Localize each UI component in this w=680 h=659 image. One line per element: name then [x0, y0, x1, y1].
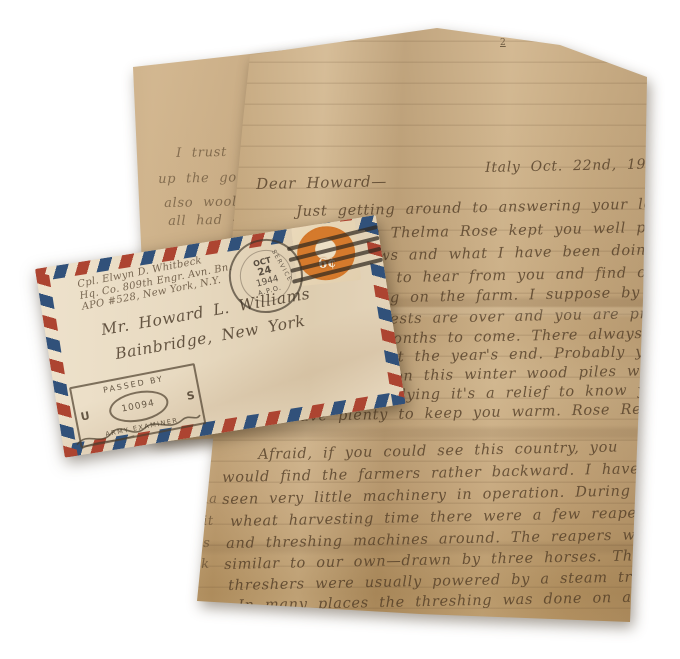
handwriting-line: have plenty to keep you warm. Rose Re—: [290, 401, 657, 425]
airmail-border-top: [35, 215, 378, 282]
cancellation-bar: [288, 236, 379, 262]
handwriting-line: would find the farmers rather backward. …: [222, 461, 640, 486]
handwriting-line: for the months to come. There always see…: [309, 325, 680, 349]
recipient-city: Bainbridge, New York: [114, 312, 307, 363]
handwriting-line: and threshing machines around. The reape…: [226, 527, 662, 552]
main-letter-page-wrap: 2 Italy Oct. 22nd, 1944 Dear Howard— Jus…: [0, 0, 680, 659]
handwriting-line: the harvests are over and you are prepar…: [318, 305, 680, 329]
handwriting-line: Just getting around to answering your le…: [296, 196, 680, 220]
airmail-border-left: [35, 267, 78, 458]
postmark-ring-text: SERVICE: [270, 249, 293, 284]
handwriting-line: Afraid, if you could see this country, y…: [258, 439, 618, 463]
handwriting-line: I trust: [176, 145, 227, 161]
return-address: Cpl. Elwyn D. Whitbeck Hq. Co. 809th Eng…: [77, 250, 236, 313]
return-address-line: Hq. Co. 809th Engr. Avn. Bn.: [79, 261, 233, 302]
handwriting-line: things are going on the farm. I suppose …: [258, 284, 680, 309]
censor-letter-u: U: [80, 409, 91, 423]
cancellation-bar: [292, 258, 383, 284]
cancellation-bars-icon: [286, 229, 385, 291]
handwriting-line: wheat harvesting time there were a few r…: [230, 505, 653, 530]
postmark-month: OCT: [252, 255, 272, 268]
handwriting-line: ha: [200, 492, 218, 507]
postmark-inner-ring-icon: [234, 244, 298, 308]
handwriting-line: similar to our own—drawn by three horses…: [224, 548, 642, 573]
letter-salutation: Dear Howard—: [256, 172, 387, 193]
recipient-name: Mr. Howard L. Williams: [100, 285, 312, 340]
handwriting-line: k: [201, 557, 210, 572]
back-letter-page: I trustup the goalso woolall had — but: [0, 0, 680, 659]
return-address-line: APO #528, New York, N.Y.: [81, 272, 235, 313]
handwriting-line: on the news and what I have been doing.: [292, 242, 662, 266]
censor-middle-row: U 10094 S: [78, 380, 198, 432]
censor-number-oval: 10094: [106, 386, 171, 427]
airmail-border-bottom: [63, 391, 406, 458]
postmark-day: 24: [257, 265, 273, 279]
handwriting-line: up the go: [158, 170, 237, 187]
censor-stamp: PASSED BY U 10094 S ARMY EXAMINER: [69, 363, 206, 448]
stamp-eagle-medallion-icon: [294, 223, 357, 283]
censor-footer: ARMY EXAMINER: [105, 416, 179, 438]
photo-vintage-letter-scene: I trustup the goalso woolall had — but 2…: [0, 0, 680, 659]
handwriting-line: all had — but: [168, 212, 280, 229]
envelope-wrap: Cpl. Elwyn D. Whitbeck Hq. Co. 809th Eng…: [0, 0, 680, 659]
cancellation-bar: [290, 247, 381, 273]
handwriting-line: It's good to hear from you and find out …: [311, 263, 680, 288]
censor-signature-scrawl-icon: [72, 405, 205, 453]
back-letter-page-wrap: I trustup the goalso woolall had — but: [0, 0, 680, 659]
main-letter-page: 2 Italy Oct. 22nd, 1944 Dear Howard— Jus…: [0, 0, 680, 659]
censor-letter-s: S: [186, 389, 196, 403]
airmail-envelope: Cpl. Elwyn D. Whitbeck Hq. Co. 809th Eng…: [35, 215, 406, 458]
handwriting-line: plenty to do at the year's end. Probably…: [272, 344, 664, 368]
handwriting-line: In many places the threshing was done on…: [238, 590, 632, 614]
page-number-mark: 2: [500, 38, 506, 48]
handwriting-line: lit: [198, 514, 214, 529]
postmark-year: 1944: [255, 274, 280, 290]
censor-header: PASSED BY: [102, 374, 164, 395]
handwriting-line: seen very little machinery in operation.…: [222, 483, 631, 508]
postage-stamp: 6¢: [291, 220, 361, 286]
handwriting-line: also wool: [164, 194, 237, 211]
postmark-apo: A.P.O.: [257, 283, 283, 297]
handwriting-line: the snow is flying it's a relief to know…: [284, 382, 666, 406]
army-postmark: OCT 24 1944 A.P.O. SERVICE: [221, 231, 312, 322]
handwriting-line: threshers were usually powered by a stea…: [228, 569, 678, 594]
cancellation-bar: [287, 225, 378, 251]
airmail-border-right: [363, 215, 406, 406]
handwriting-line: are working on this winter wood piles wh…: [282, 363, 670, 387]
handwriting-line: I guess Thelma Rose kept you well posted: [318, 219, 680, 243]
handwriting-line: s: [203, 536, 211, 551]
letter-dateline: Italy Oct. 22nd, 1944: [485, 156, 666, 176]
stamp-denomination: 6¢: [295, 253, 360, 275]
return-address-line: Cpl. Elwyn D. Whitbeck: [77, 250, 231, 291]
